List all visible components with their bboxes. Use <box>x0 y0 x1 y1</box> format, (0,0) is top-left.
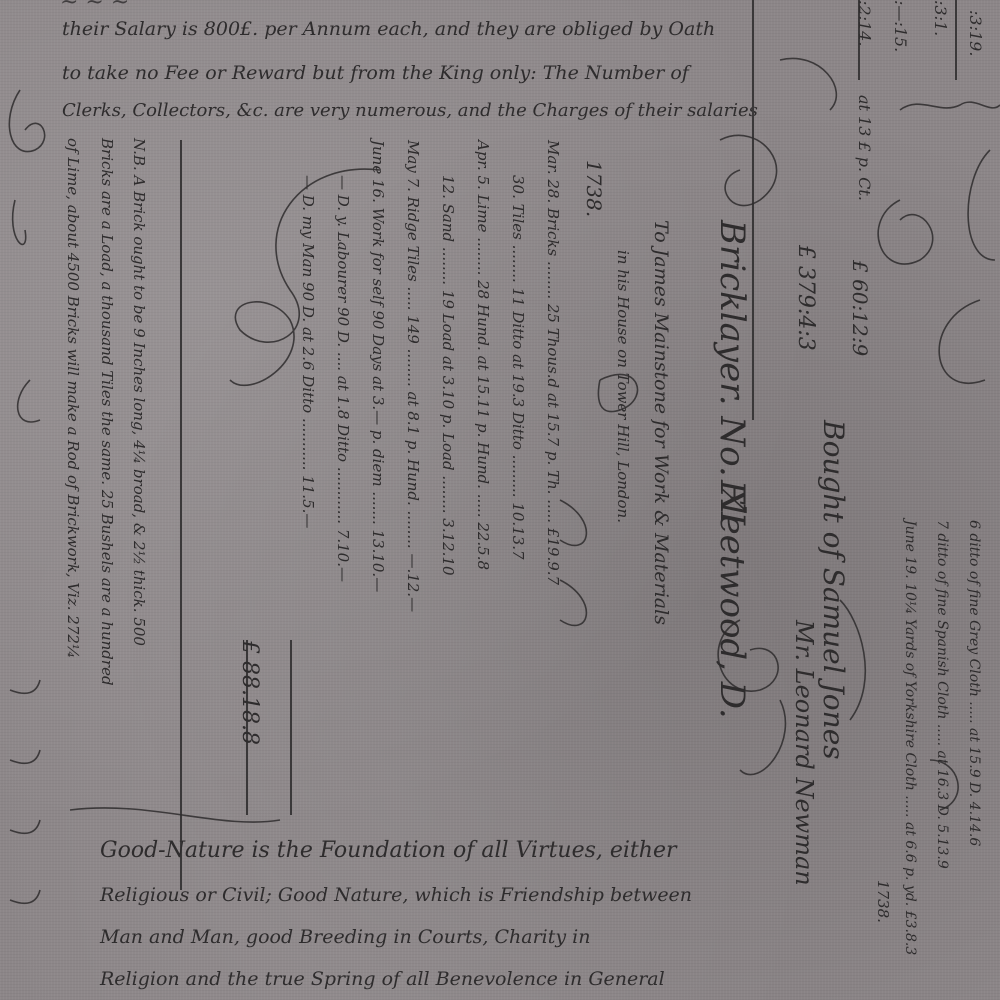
calligraphy-flourishes-icon <box>0 0 1000 1000</box>
